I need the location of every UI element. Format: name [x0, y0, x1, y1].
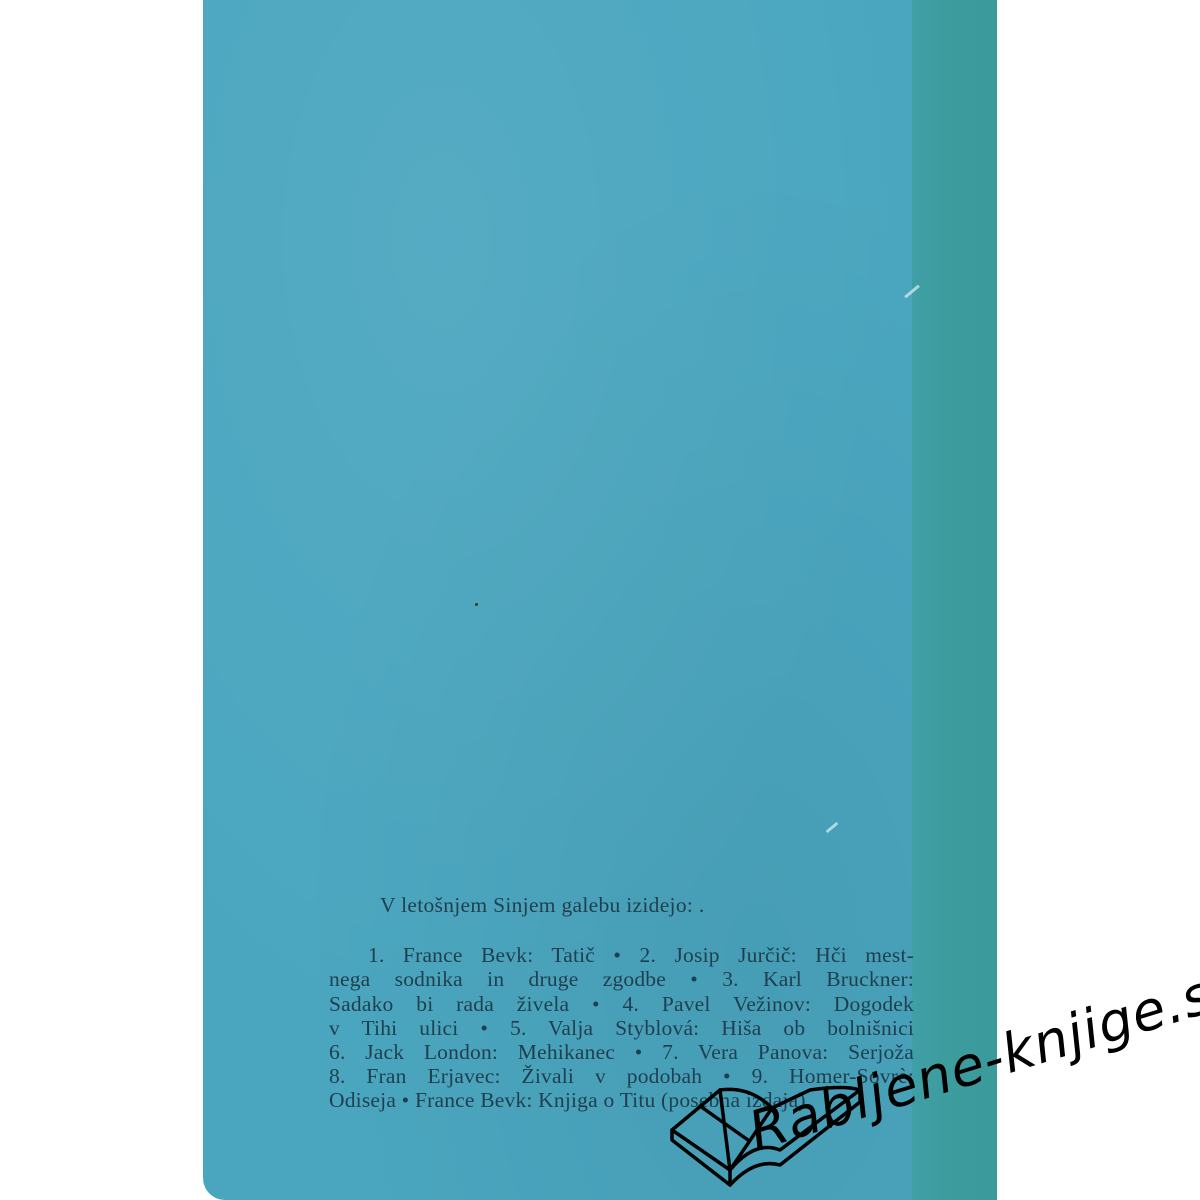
print-speck	[475, 603, 478, 606]
watermark: Rabljene-knjige.si	[660, 990, 1200, 1200]
title-list-line: 1. France Bevk: Tatič • 2. Josip Jurčič:…	[329, 943, 914, 967]
title-list-line: nega sodnika in druge zgodbe • 3. Karl B…	[329, 967, 914, 991]
announcement-intro: V letošnjem Sinjem galebu izidejo: .	[329, 893, 914, 917]
cover-scuff	[826, 822, 839, 833]
